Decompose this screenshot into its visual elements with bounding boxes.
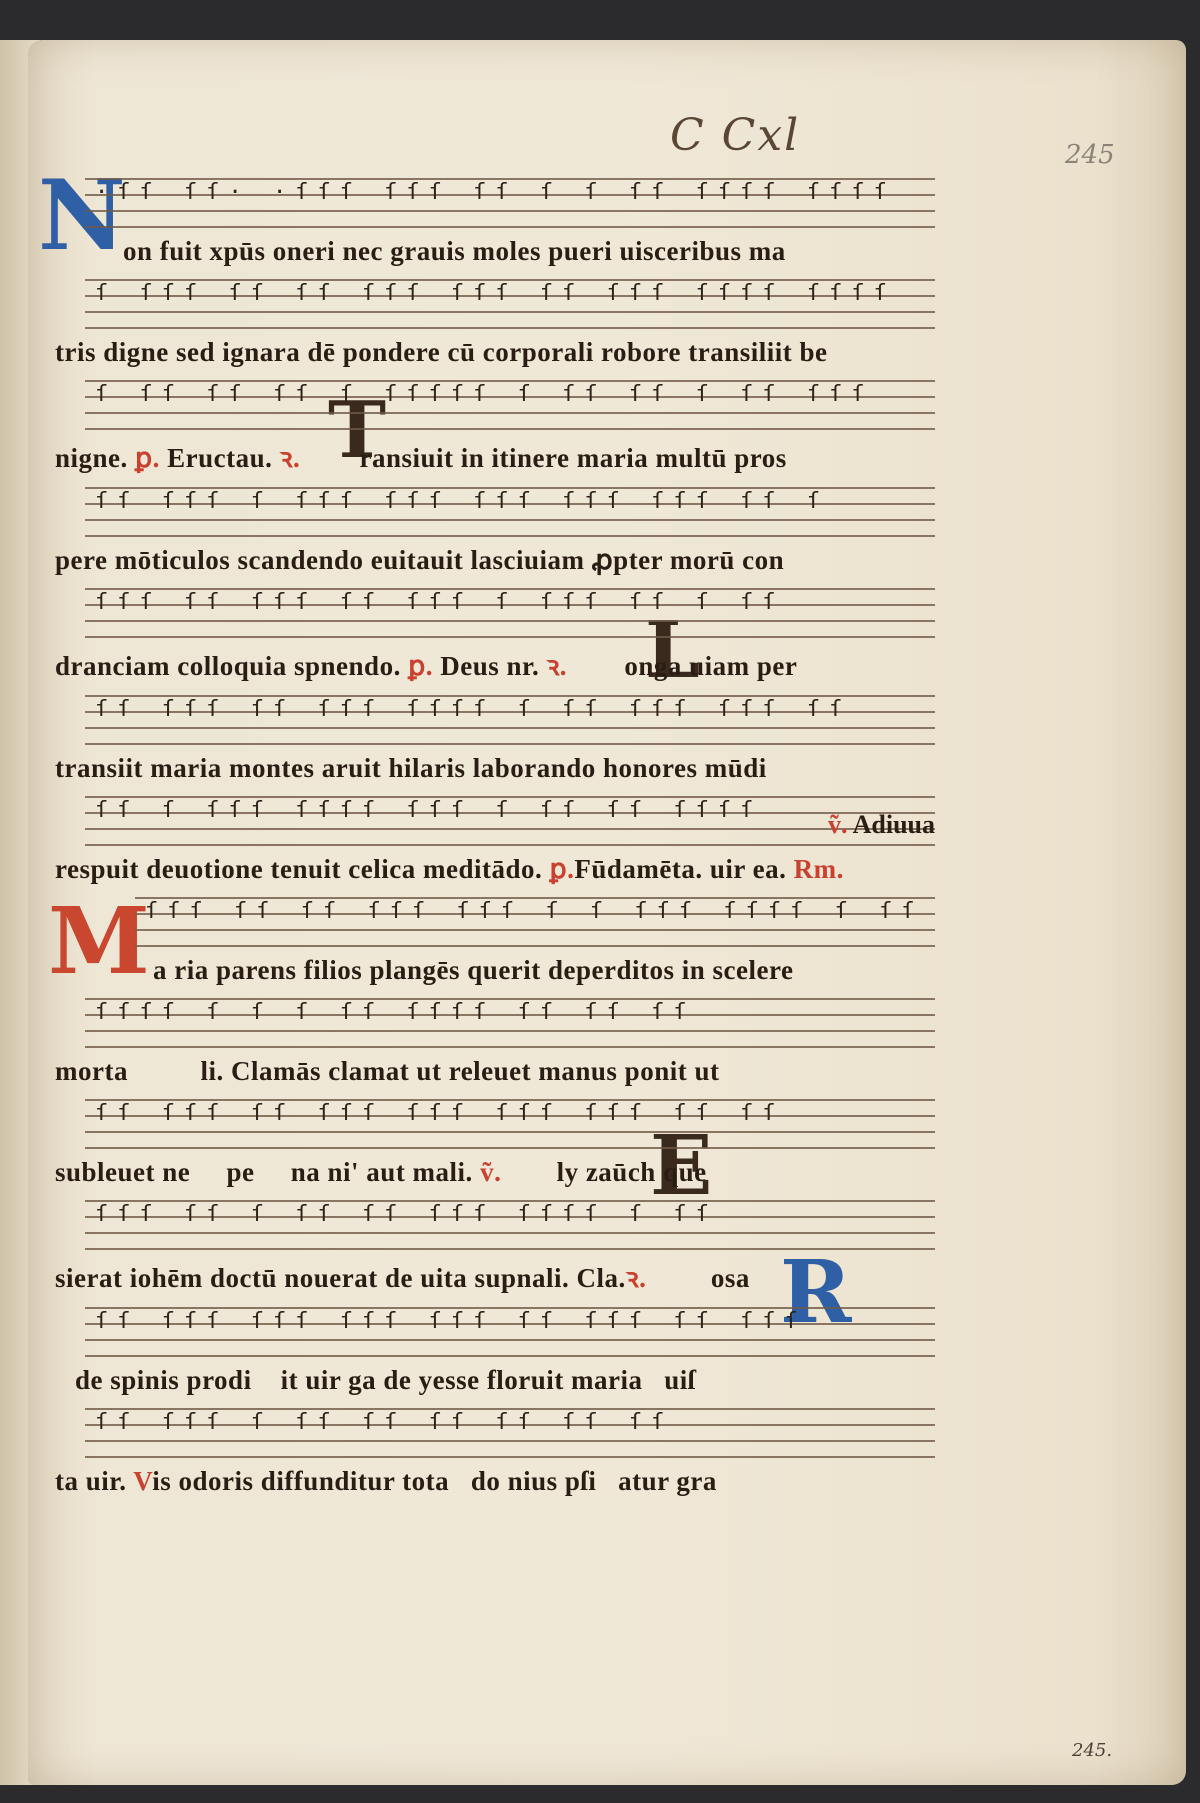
system-8: ſſſ ſſ ſſ ſſſ ſſſ ſ ſ ſſſ ſſſſ ſ ſſ a ri…: [55, 889, 935, 986]
staff: ·ſſ ſſ· ·ſſſ ſſſ ſſ ſ ſ ſſ ſſſſ ſſſſ: [55, 170, 935, 234]
neumes: ſſ ſſſ ſſſ ſſſ ſſſ ſſ ſſſ ſſ ſſſ: [95, 1309, 935, 1357]
music-text-block: ·ſſ ſſ· ·ſſſ ſſſ ſſ ſ ſ ſſ ſſſſ ſſſſ on …: [55, 170, 935, 1501]
neumes: ſſ ſ ſſſ ſſſſ ſſſ ſ ſſ ſſ ſſſſ: [95, 798, 935, 846]
rubric-psalm: ꝑ.: [408, 651, 433, 681]
text-segment: ransiuit in itinere maria multū pros: [307, 443, 786, 473]
text-segment: nigne.: [55, 443, 128, 473]
text-segment: onga uiam per: [574, 651, 797, 681]
pencil-folio-bottom: 245.: [1072, 1740, 1112, 1761]
staff: ſſ ſ ſſſ ſſſſ ſſſ ſ ſſ ſſ ſſſſ ṽ. Adiuua: [55, 788, 935, 852]
staff: ſ ſſſ ſſ ſſ ſſſ ſſſ ſſ ſſſ ſſſſ ſſſſ: [55, 271, 935, 335]
text-segment: Fūdamēta. uir ea.: [574, 854, 786, 884]
staff: ſſ ſſſ ſ ſſſ ſſſ ſſſ ſſſ ſſſ ſſ ſ: [55, 479, 935, 543]
text-line: ta uir. Vis odoris diffunditur tota do n…: [55, 1466, 935, 1497]
system-11: ſſſ ſſ ſ ſſ ſſ ſſſ ſſſſ ſ ſſ sierat iohē…: [55, 1192, 935, 1295]
neumes: ſſſ ſſ ſſ ſſſ ſſſ ſ ſ ſſſ ſſſſ ſ ſſ: [145, 899, 935, 947]
system-4: ſſ ſſſ ſ ſſſ ſſſ ſſſ ſſſ ſſſ ſſ ſ pere m…: [55, 479, 935, 576]
staff: ſſ ſſſ ſſſ ſſſ ſſſ ſſ ſſſ ſſ ſſſ: [55, 1299, 935, 1363]
system-12: ſſ ſſſ ſſſ ſſſ ſſſ ſſ ſſſ ſſ ſſſ de spin…: [55, 1299, 935, 1396]
rubric-responsory: Rm.: [794, 854, 844, 884]
system-2: ſ ſſſ ſſ ſſ ſſſ ſſſ ſſ ſſſ ſſſſ ſſſſ tri…: [55, 271, 935, 368]
system-6: ſſ ſſſ ſſ ſſſ ſſſſ ſ ſſ ſſſ ſſſ ſſ trans…: [55, 687, 935, 784]
system-3: ſ ſſ ſſ ſſ ſ ſſſſſ ſ ſſ ſſ ſ ſſ ſſſ nign…: [55, 372, 935, 475]
text-segment: ta uir.: [55, 1466, 127, 1496]
staff: ſſſ ſſ ſſ ſſſ ſſſ ſ ſ ſſſ ſſſſ ſ ſſ: [105, 889, 935, 953]
system-10: ſſ ſſſ ſſ ſſſ ſſſ ſſſ ſſſ ſſ ſſ subleuet…: [55, 1091, 935, 1188]
text-segment: Adiuua: [853, 810, 935, 839]
rubric-psalm: ꝑ.: [135, 443, 160, 473]
text-segment: ly zaūch que: [501, 1157, 706, 1187]
rubric-responsory: ꝛ.: [626, 1263, 647, 1293]
rubric-initial: V: [133, 1466, 152, 1496]
rubric-verse: ṽ.: [828, 810, 848, 839]
staff: ſſſ ſſ ſ ſſ ſſ ſſſ ſſſſ ſ ſſ: [55, 1192, 935, 1256]
neumes: ſſſ ſſ ſ ſſ ſſ ſſſ ſſſſ ſ ſſ: [95, 1202, 935, 1250]
text-segment: dranciam colloquia spnendo.: [55, 651, 401, 681]
neumes: ſſſſ ſ ſ ſ ſſ ſſſſ ſſ ſſ ſſ: [95, 1000, 935, 1048]
neumes: ſſ ſſſ ſſ ſſſ ſſſ ſſſ ſſſ ſſ ſſ: [95, 1101, 935, 1149]
neumes: ſſ ſſſ ſſ ſſſ ſſſſ ſ ſſ ſſſ ſſſ ſſ: [95, 697, 935, 745]
verse-cue: ṽ. Adiuua: [828, 810, 935, 840]
neumes: ſ ſſ ſſ ſſ ſ ſſſſſ ſ ſſ ſſ ſ ſſ ſſſ: [95, 382, 935, 430]
text-segment: osa: [646, 1263, 750, 1293]
neumes: ſſ ſſſ ſ ſſ ſſ ſſ ſſ ſſ ſſ: [95, 1410, 935, 1458]
staff: ſſſſ ſ ſ ſ ſſ ſſſſ ſſ ſſ ſſ: [55, 990, 935, 1054]
text-line: dranciam colloquia spnendo. ꝑ. Deus nr. …: [55, 646, 935, 683]
system-1: ·ſſ ſſ· ·ſſſ ſſſ ſſ ſ ſ ſſ ſſſſ ſſſſ on …: [55, 170, 935, 267]
staff: ſſ ſſſ ſ ſſ ſſ ſſ ſſ ſſ ſſ: [55, 1400, 935, 1464]
system-5: ſſſ ſſ ſſſ ſſ ſſſ ſ ſſſ ſſ ſ ſſ dranciam…: [55, 580, 935, 683]
neumes: ſſſ ſſ ſſſ ſſ ſſſ ſ ſſſ ſſ ſ ſſ: [95, 590, 935, 638]
text-line: a ria parens filios plangēs querit deper…: [55, 955, 935, 986]
rubric-responsory: ꝛ.: [547, 651, 568, 681]
text-line: pere mōticulos scandendo euitauit lasciu…: [55, 545, 935, 576]
text-segment: subleuet ne pe na ni' aut mali.: [55, 1157, 473, 1187]
staff: ſſ ſſſ ſſ ſſſ ſſſ ſſſ ſſſ ſſ ſſ: [55, 1091, 935, 1155]
text-segment: Eructau.: [167, 443, 272, 473]
system-13: ſſ ſſſ ſ ſſ ſſ ſſ ſſ ſſ ſſ ta uir. Vis o…: [55, 1400, 935, 1497]
staff: ſſſ ſſ ſſſ ſſ ſſſ ſ ſſſ ſſ ſ ſſ: [55, 580, 935, 644]
rubric-psalm: ꝑ.: [549, 854, 574, 884]
neumes: ſ ſſſ ſſ ſſ ſſſ ſſſ ſſ ſſſ ſſſſ ſſſſ: [95, 281, 935, 329]
text-line: on fuit xpūs oneri nec grauis moles puer…: [55, 236, 935, 267]
text-line: nigne. ꝑ. Eructau. ꝛ. ransiuit in itiner…: [55, 438, 935, 475]
ink-folio-number: C Cxl: [670, 110, 800, 161]
text-segment: is odoris diffunditur tota do nius pſi a…: [152, 1466, 717, 1496]
text-line: respuit deuotione tenuit celica meditādo…: [55, 854, 935, 885]
neumes: ſſ ſſſ ſ ſſſ ſſſ ſſſ ſſſ ſſſ ſſ ſ: [95, 489, 935, 537]
text-line: subleuet ne pe na ni' aut mali. ṽ. ly za…: [55, 1157, 935, 1188]
rubric-verse: ṽ.: [480, 1157, 501, 1187]
rubric-responsory: ꝛ.: [280, 443, 301, 473]
text-segment: respuit deuotione tenuit celica meditādo…: [55, 854, 542, 884]
text-line: de spinis prodi it uir ga de yesse floru…: [55, 1365, 935, 1396]
system-7: ſſ ſ ſſſ ſſſſ ſſſ ſ ſſ ſſ ſſſſ ṽ. Adiuua…: [55, 788, 935, 885]
text-segment: Deus nr.: [440, 651, 539, 681]
staff: ſ ſſ ſſ ſſ ſ ſſſſſ ſ ſſ ſſ ſ ſſ ſſſ: [55, 372, 935, 436]
staff: ſſ ſſſ ſſ ſſſ ſſſſ ſ ſſ ſſſ ſſſ ſſ: [55, 687, 935, 751]
text-line: morta li. Clamās clamat ut releuet manus…: [55, 1056, 935, 1087]
text-line: sierat iohēm doctū nouerat de uita supna…: [55, 1258, 935, 1295]
neumes: ·ſſ ſſ· ·ſſſ ſſſ ſſ ſ ſ ſſ ſſſſ ſſſſ: [95, 180, 935, 228]
text-line: transiit maria montes aruit hilaris labo…: [55, 753, 935, 784]
pencil-folio-top: 245: [1065, 140, 1115, 170]
text-line: tris digne sed ignara dē pondere cū corp…: [55, 337, 935, 368]
text-segment: sierat iohēm doctū nouerat de uita supna…: [55, 1263, 626, 1293]
system-9: ſſſſ ſ ſ ſ ſſ ſſſſ ſſ ſſ ſſ morta li. Cl…: [55, 990, 935, 1087]
